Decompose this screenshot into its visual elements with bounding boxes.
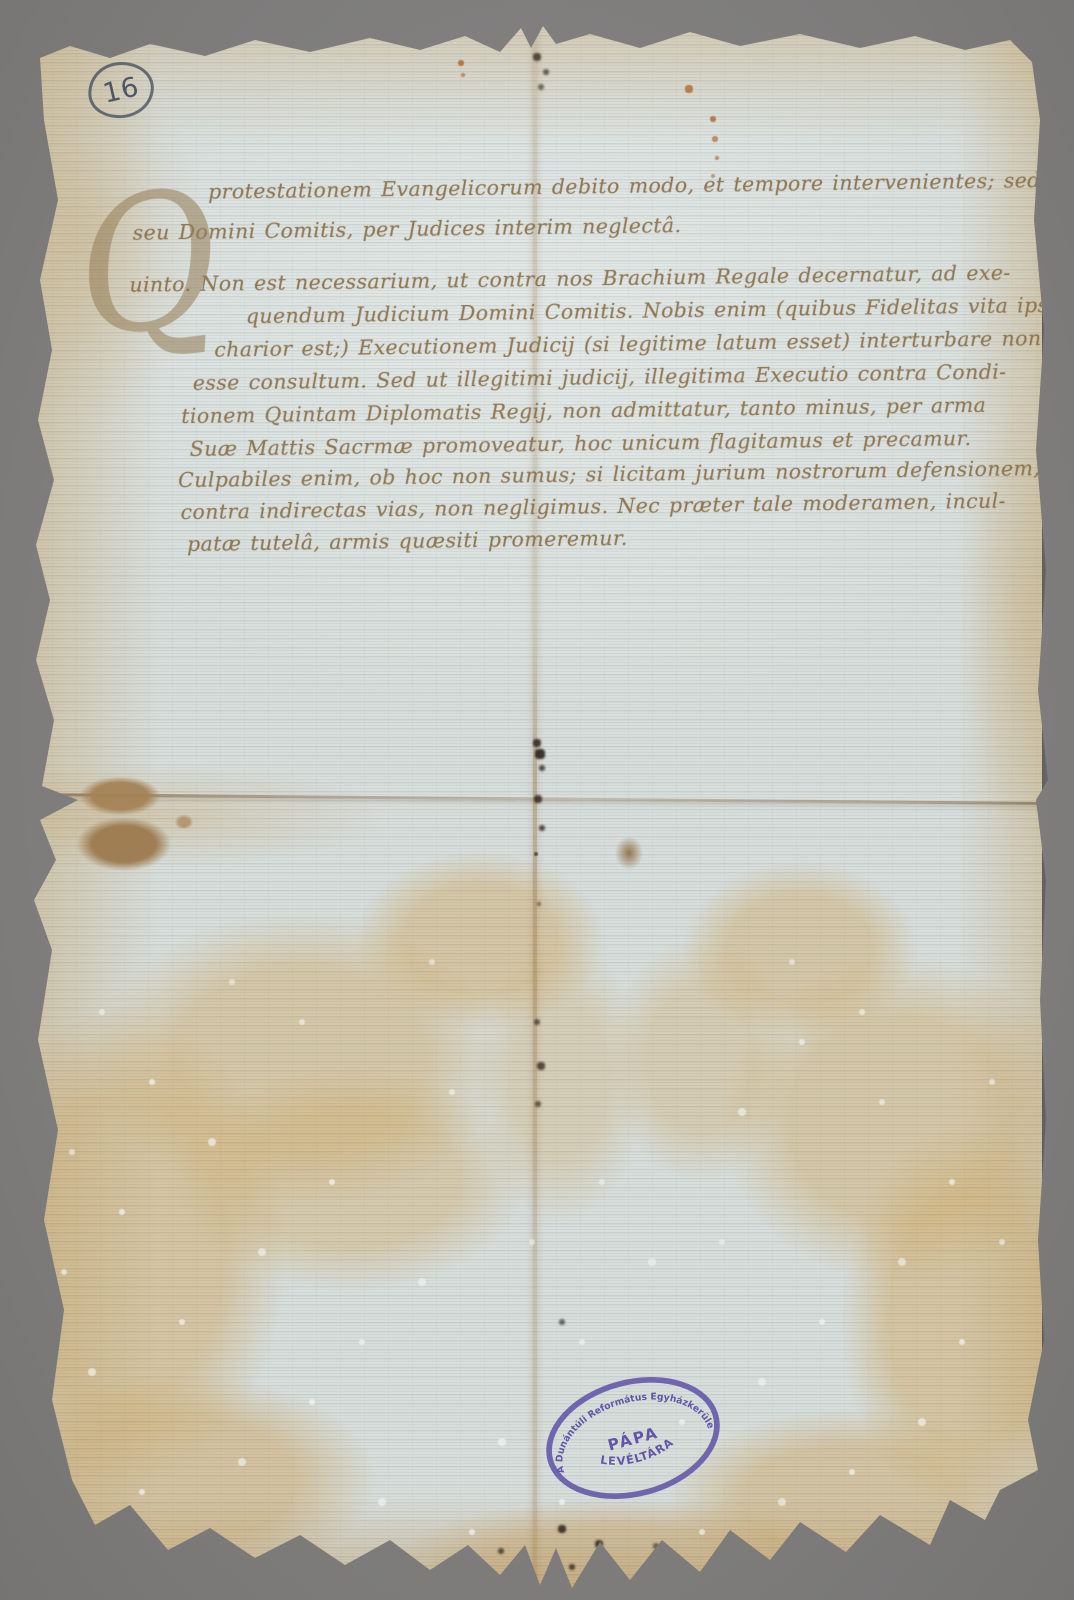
handwritten-text-block: protestationem Evangelicorum debito modo… — [24, 16, 1060, 1596]
manuscript-header-line: protestationem Evangelicorum debito modo… — [208, 167, 1074, 204]
white-foxing-flecks — [28, 26, 32, 30]
manuscript-body-line: tionem Quintam Diplomatis Regij, non adm… — [181, 393, 986, 428]
manuscript-body-line: Suæ Mattis Sacrmæ promoveatur, hoc unicu… — [190, 426, 972, 461]
rust-foxing-marks — [28, 26, 30, 28]
manuscript-body-line: uinto. Non est necessarium, ut contra no… — [129, 260, 1011, 296]
manuscript-page: 16 protestationem Evangelicorum debito m… — [28, 26, 1042, 1592]
initial-capital-q: Q — [67, 164, 229, 365]
manuscript-body-line: charior est;) Executionem Judicij (si le… — [214, 326, 1041, 362]
manuscript-body-line: esse consultum. Sed ut illegitimi judici… — [193, 360, 1007, 395]
dark-mould-spots — [28, 26, 30, 28]
manuscript-body-line: patæ tutelâ, armis quæsiti promeremur. — [187, 526, 628, 556]
document-scan: 16 protestationem Evangelicorum debito m… — [0, 0, 1074, 1600]
manuscript-body-line: Culpabiles enim, ob hoc non sumus; si li… — [178, 456, 1040, 492]
manuscript-body-line: quendum Judicium Domini Comitis. Nobis e… — [246, 293, 1062, 328]
manuscript-body-line: contra indirectas vias, non negligimus. … — [180, 489, 1006, 525]
